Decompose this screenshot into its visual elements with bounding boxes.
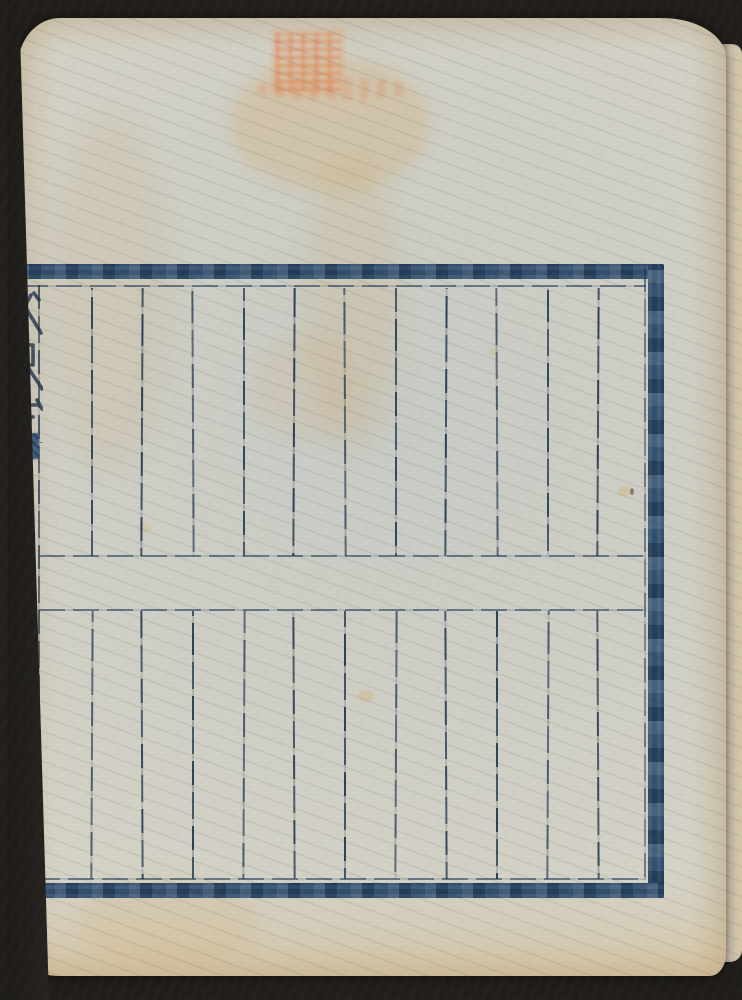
column-line: [344, 611, 346, 879]
column-line: [395, 288, 397, 556]
seal-smudge: [258, 78, 408, 100]
column-line: [192, 611, 194, 879]
column-line: [547, 288, 549, 556]
column-line: [597, 288, 600, 556]
column-line: [394, 611, 397, 879]
column-line: [242, 611, 245, 879]
column-line: [445, 288, 448, 556]
book-scan: [0, 0, 742, 1000]
column-line: [91, 288, 93, 556]
column-line: [191, 288, 194, 556]
stain: [48, 113, 170, 473]
column-line: [495, 288, 498, 556]
column-line: [597, 611, 600, 879]
register-divider-upper: [39, 555, 646, 557]
register-divider-lower: [39, 609, 646, 611]
paper-speck: [358, 690, 374, 702]
paper-speck: [630, 488, 634, 495]
frame-border-top: [18, 264, 664, 279]
column-line: [141, 611, 144, 879]
column-line: [546, 611, 549, 879]
column-line: [496, 611, 498, 879]
frame-border-right: [648, 264, 664, 898]
frame-inner-line-top: [22, 285, 646, 287]
book-page: [18, 18, 726, 976]
frame-border-bottom: [18, 883, 664, 898]
column-line: [243, 288, 245, 556]
column-line: [90, 611, 93, 879]
frame-inner-line-right: [644, 268, 646, 880]
frame-inner-line-bottom: [34, 878, 646, 880]
column-line: [293, 611, 296, 879]
column-line: [445, 611, 448, 879]
